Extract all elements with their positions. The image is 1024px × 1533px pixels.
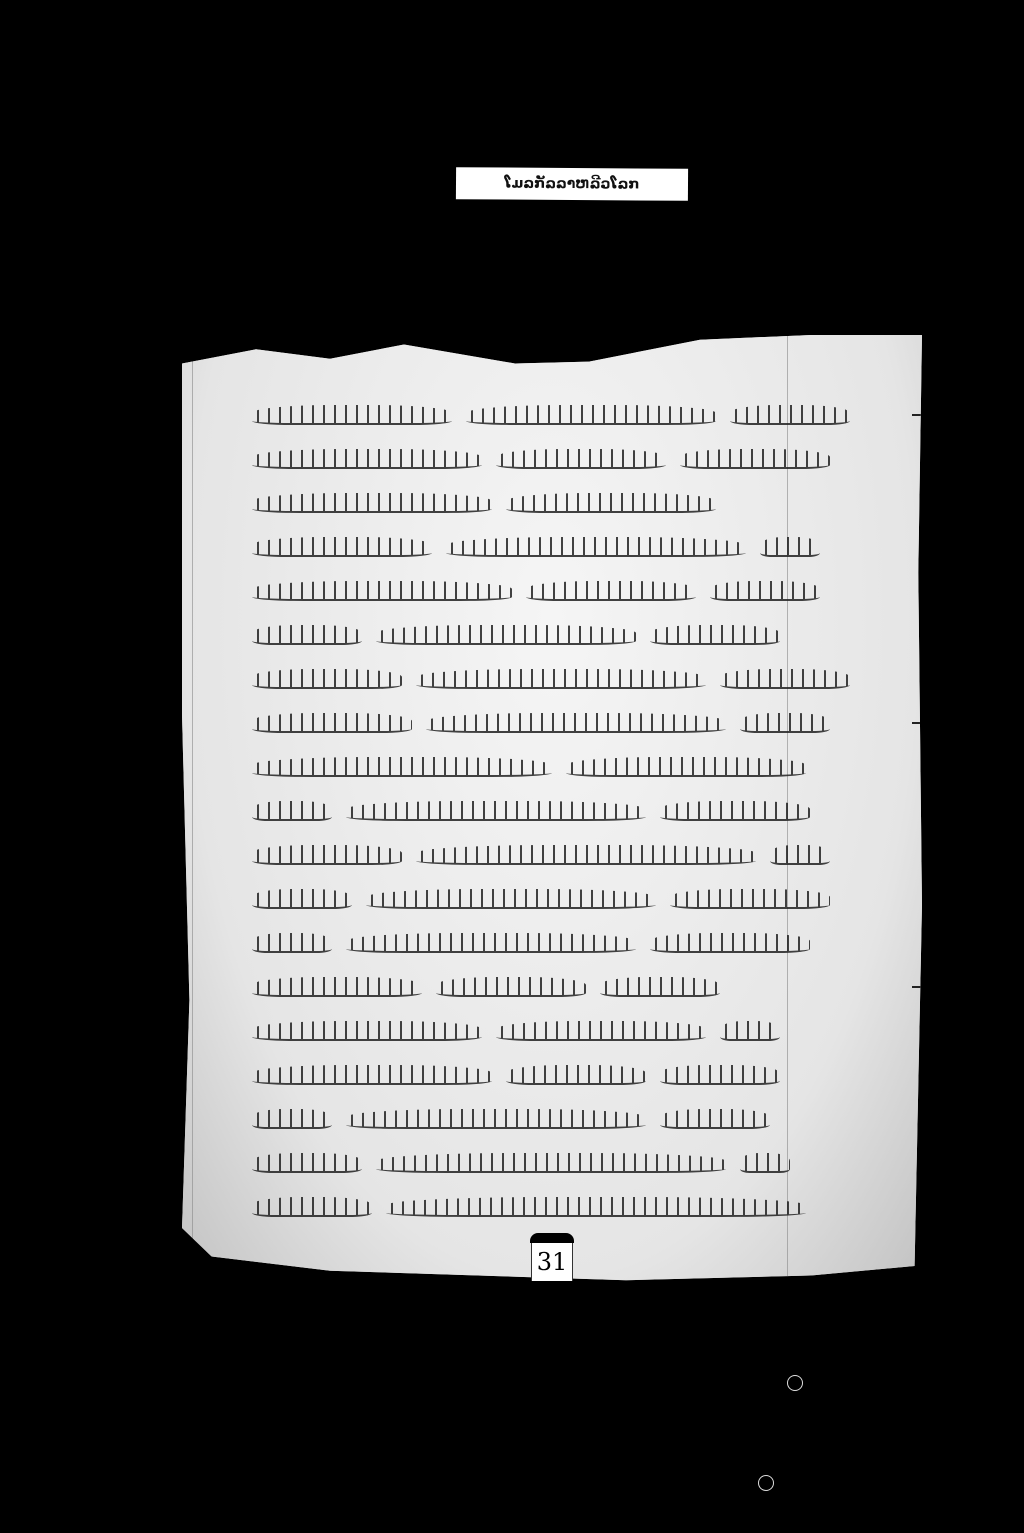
handwritten-word: [252, 449, 482, 469]
handwritten-word: [566, 757, 806, 777]
handwritten-word: [600, 977, 720, 997]
handwritten-word: [252, 1021, 482, 1041]
header-label: ໂມລກັລລາຫລີວໂລກ: [456, 167, 688, 201]
handwritten-line: [252, 393, 902, 437]
handwritten-word: [252, 933, 332, 953]
handwritten-word: [720, 669, 850, 689]
handwritten-word: [670, 889, 830, 909]
handwritten-word: [446, 537, 746, 557]
handwritten-word: [416, 669, 706, 689]
handwritten-line: [252, 613, 902, 657]
scan-artifact: [787, 1375, 803, 1391]
handwritten-word: [376, 1153, 726, 1173]
handwritten-word: [506, 493, 716, 513]
handwritten-line: [252, 657, 902, 701]
handwritten-word: [252, 537, 432, 557]
handwritten-word: [252, 1065, 492, 1085]
handwritten-line: [252, 965, 902, 1009]
handwritten-line: [252, 877, 902, 921]
handwritten-text-block: [252, 393, 902, 1229]
manuscript-page: [182, 335, 922, 1285]
handwritten-word: [416, 845, 756, 865]
handwritten-word: [252, 493, 492, 513]
handwritten-word: [386, 1197, 806, 1217]
handwritten-line: [252, 481, 902, 525]
handwritten-word: [252, 405, 452, 425]
handwritten-word: [496, 1021, 706, 1041]
handwritten-line: [252, 701, 902, 745]
handwritten-word: [730, 405, 850, 425]
handwritten-word: [252, 977, 422, 997]
handwritten-word: [252, 757, 552, 777]
line-end-mark: [912, 722, 972, 724]
handwritten-line: [252, 789, 902, 833]
handwritten-line: [252, 921, 902, 965]
handwritten-line: [252, 745, 902, 789]
handwritten-word: [660, 1109, 770, 1129]
handwritten-word: [436, 977, 586, 997]
handwritten-word: [366, 889, 656, 909]
handwritten-word: [526, 581, 696, 601]
handwritten-line: [252, 437, 902, 481]
handwritten-line: [252, 1185, 902, 1229]
handwritten-line: [252, 525, 902, 569]
handwritten-word: [650, 625, 780, 645]
handwritten-line: [252, 833, 902, 877]
handwritten-word: [252, 581, 512, 601]
handwritten-word: [346, 1109, 646, 1129]
handwritten-word: [376, 625, 636, 645]
handwritten-line: [252, 1053, 902, 1097]
line-end-mark: [912, 414, 972, 416]
handwritten-word: [740, 713, 830, 733]
handwritten-word: [346, 801, 646, 821]
handwritten-word: [426, 713, 726, 733]
handwritten-word: [252, 889, 352, 909]
handwritten-line: [252, 1009, 902, 1053]
handwritten-word: [660, 801, 810, 821]
handwritten-word: [252, 801, 332, 821]
handwritten-word: [252, 713, 412, 733]
scan-artifact: [758, 1475, 774, 1491]
handwritten-word: [680, 449, 830, 469]
handwritten-word: [252, 625, 362, 645]
margin-rule-left: [192, 335, 193, 1285]
handwritten-word: [660, 1065, 780, 1085]
page-number: 31: [531, 1243, 573, 1281]
handwritten-word: [466, 405, 716, 425]
handwritten-word: [506, 1065, 646, 1085]
handwritten-word: [770, 845, 830, 865]
handwritten-word: [252, 669, 402, 689]
handwritten-word: [740, 1153, 790, 1173]
handwritten-word: [346, 933, 636, 953]
handwritten-word: [252, 1197, 372, 1217]
handwritten-word: [650, 933, 810, 953]
handwritten-word: [760, 537, 820, 557]
handwritten-word: [252, 1153, 362, 1173]
handwritten-line: [252, 1097, 902, 1141]
handwritten-word: [252, 1109, 332, 1129]
line-end-mark: [912, 986, 972, 988]
handwritten-word: [720, 1021, 780, 1041]
handwritten-line: [252, 569, 902, 613]
handwritten-line: [252, 1141, 902, 1185]
handwritten-word: [496, 449, 666, 469]
handwritten-word: [710, 581, 820, 601]
handwritten-word: [252, 845, 402, 865]
